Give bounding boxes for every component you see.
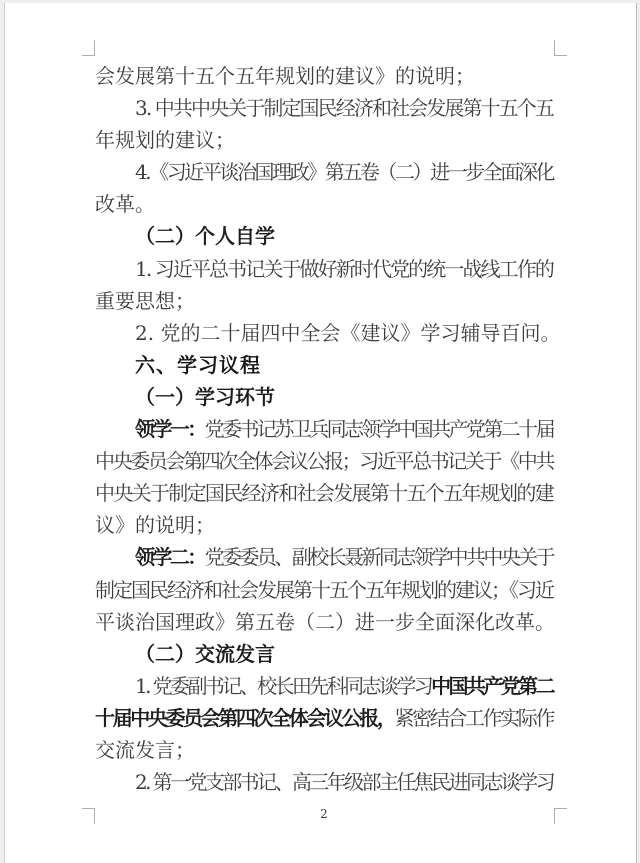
text-run: 平谈治国理政》第五卷（二）进一步全面深化改革。 [95,610,555,634]
text-run: （二）交流发言 [135,642,275,666]
text-run: 中国共产党第二 [431,674,553,698]
text-line: 重要思想； [95,285,553,317]
text-run: （一）学习环节 [135,385,275,409]
text-line: 年规划的建议； [95,124,553,156]
text-block: 会发展第十五个五年规划的建议》的说明；3. 中共中央关于制定国民经济和社会发展第… [95,60,553,798]
text-run: 会发展第十五个五年规划的建议》的说明； [95,64,475,88]
text-run: 年规划的建议； [95,128,235,152]
text-line: 中央关于制定国民经济和社会发展第十五个五年规划的建 [95,477,553,509]
text-run: 党委书记苏卫兵同志领学中国共产党第二十届 [205,417,553,441]
text-line: 制定国民经济和社会发展第十五个五年规划的建议；《习近 [95,574,553,606]
text-line: 平谈治国理政》第五卷（二）进一步全面深化改革。 [95,606,553,638]
text-run: 紧密结合工作实际作 [394,706,553,730]
text-line: 1. 习近平总书记关于做好新时代党的统一战线工作的 [95,253,553,285]
text-line: 交流发言； [95,734,553,766]
text-line: 改革。 [95,188,553,220]
text-run: 领学二： [135,545,205,569]
text-run: 中央关于制定国民经济和社会发展第十五个五年规划的建 [95,481,553,505]
text-line: （二）个人自学 [95,220,553,252]
text-run: 交流发言； [95,738,195,762]
text-run: 领学一： [135,417,205,441]
text-line: 4.《习近平谈治国理政》第五卷（二）进一步全面深化 [95,156,553,188]
text-run: 议》的说明； [95,513,215,537]
text-line: 2. 党的二十届四中全会《建议》学习辅导百问。 [95,317,553,349]
text-line: 领学二：党委委员、副校长聂新同志领学中共中央关于 [95,541,553,573]
text-run: 改革。 [95,192,155,216]
text-line: 1. 党委副书记、校长田先科同志谈学习中国共产党第二 [95,670,553,702]
text-line: 议》的说明； [95,509,553,541]
text-line: 会发展第十五个五年规划的建议》的说明； [95,60,553,92]
crop-mark-top-right-icon [554,40,567,56]
text-run: 中央委员会第四次全体会议公报；习近平总书记关于《中共 [95,449,553,473]
text-run: 制定国民经济和社会发展第十五个五年规划的建议；《习近 [95,578,553,602]
text-run: 十届中央委员会第四次全体会议公报， [95,706,394,730]
text-line: （一）学习环节 [95,381,553,413]
text-run: 2. 第一党支部书记、高三年级部主任焦民进同志谈学习 [135,770,553,794]
text-run: 六、学习议程 [135,353,261,377]
text-run: 2. 党的二十届四中全会《建议》学习辅导百问。 [135,321,560,345]
text-run: 党委委员、副校长聂新同志领学中共中央关于 [205,545,553,569]
text-line: 中央委员会第四次全体会议公报；习近平总书记关于《中共 [95,445,553,477]
text-line: 3. 中共中央关于制定国民经济和社会发展第十五个五 [95,92,553,124]
crop-mark-top-left-icon [82,40,95,56]
text-line: 领学一：党委书记苏卫兵同志领学中国共产党第二十届 [95,413,553,445]
page-number: 2 [95,806,553,822]
text-run: 3. 中共中央关于制定国民经济和社会发展第十五个五 [135,96,553,120]
document-page: 会发展第十五个五年规划的建议》的说明；3. 中共中央关于制定国民经济和社会发展第… [4,3,637,848]
text-line: 十届中央委员会第四次全体会议公报，紧密结合工作实际作 [95,702,553,734]
text-run: 重要思想； [95,289,195,313]
text-run: （二）个人自学 [135,224,275,248]
text-line: 六、学习议程 [95,349,553,381]
crop-mark-bottom-right-icon [554,808,567,824]
text-line: （二）交流发言 [95,638,553,670]
text-run: 4.《习近平谈治国理政》第五卷（二）进一步全面深化 [135,160,553,184]
crop-mark-bottom-left-icon [82,808,95,824]
text-line: 2. 第一党支部书记、高三年级部主任焦民进同志谈学习 [95,766,553,798]
text-run: 1. 习近平总书记关于做好新时代党的统一战线工作的 [135,257,553,281]
text-run: 1. 党委副书记、校长田先科同志谈学习 [135,674,431,698]
